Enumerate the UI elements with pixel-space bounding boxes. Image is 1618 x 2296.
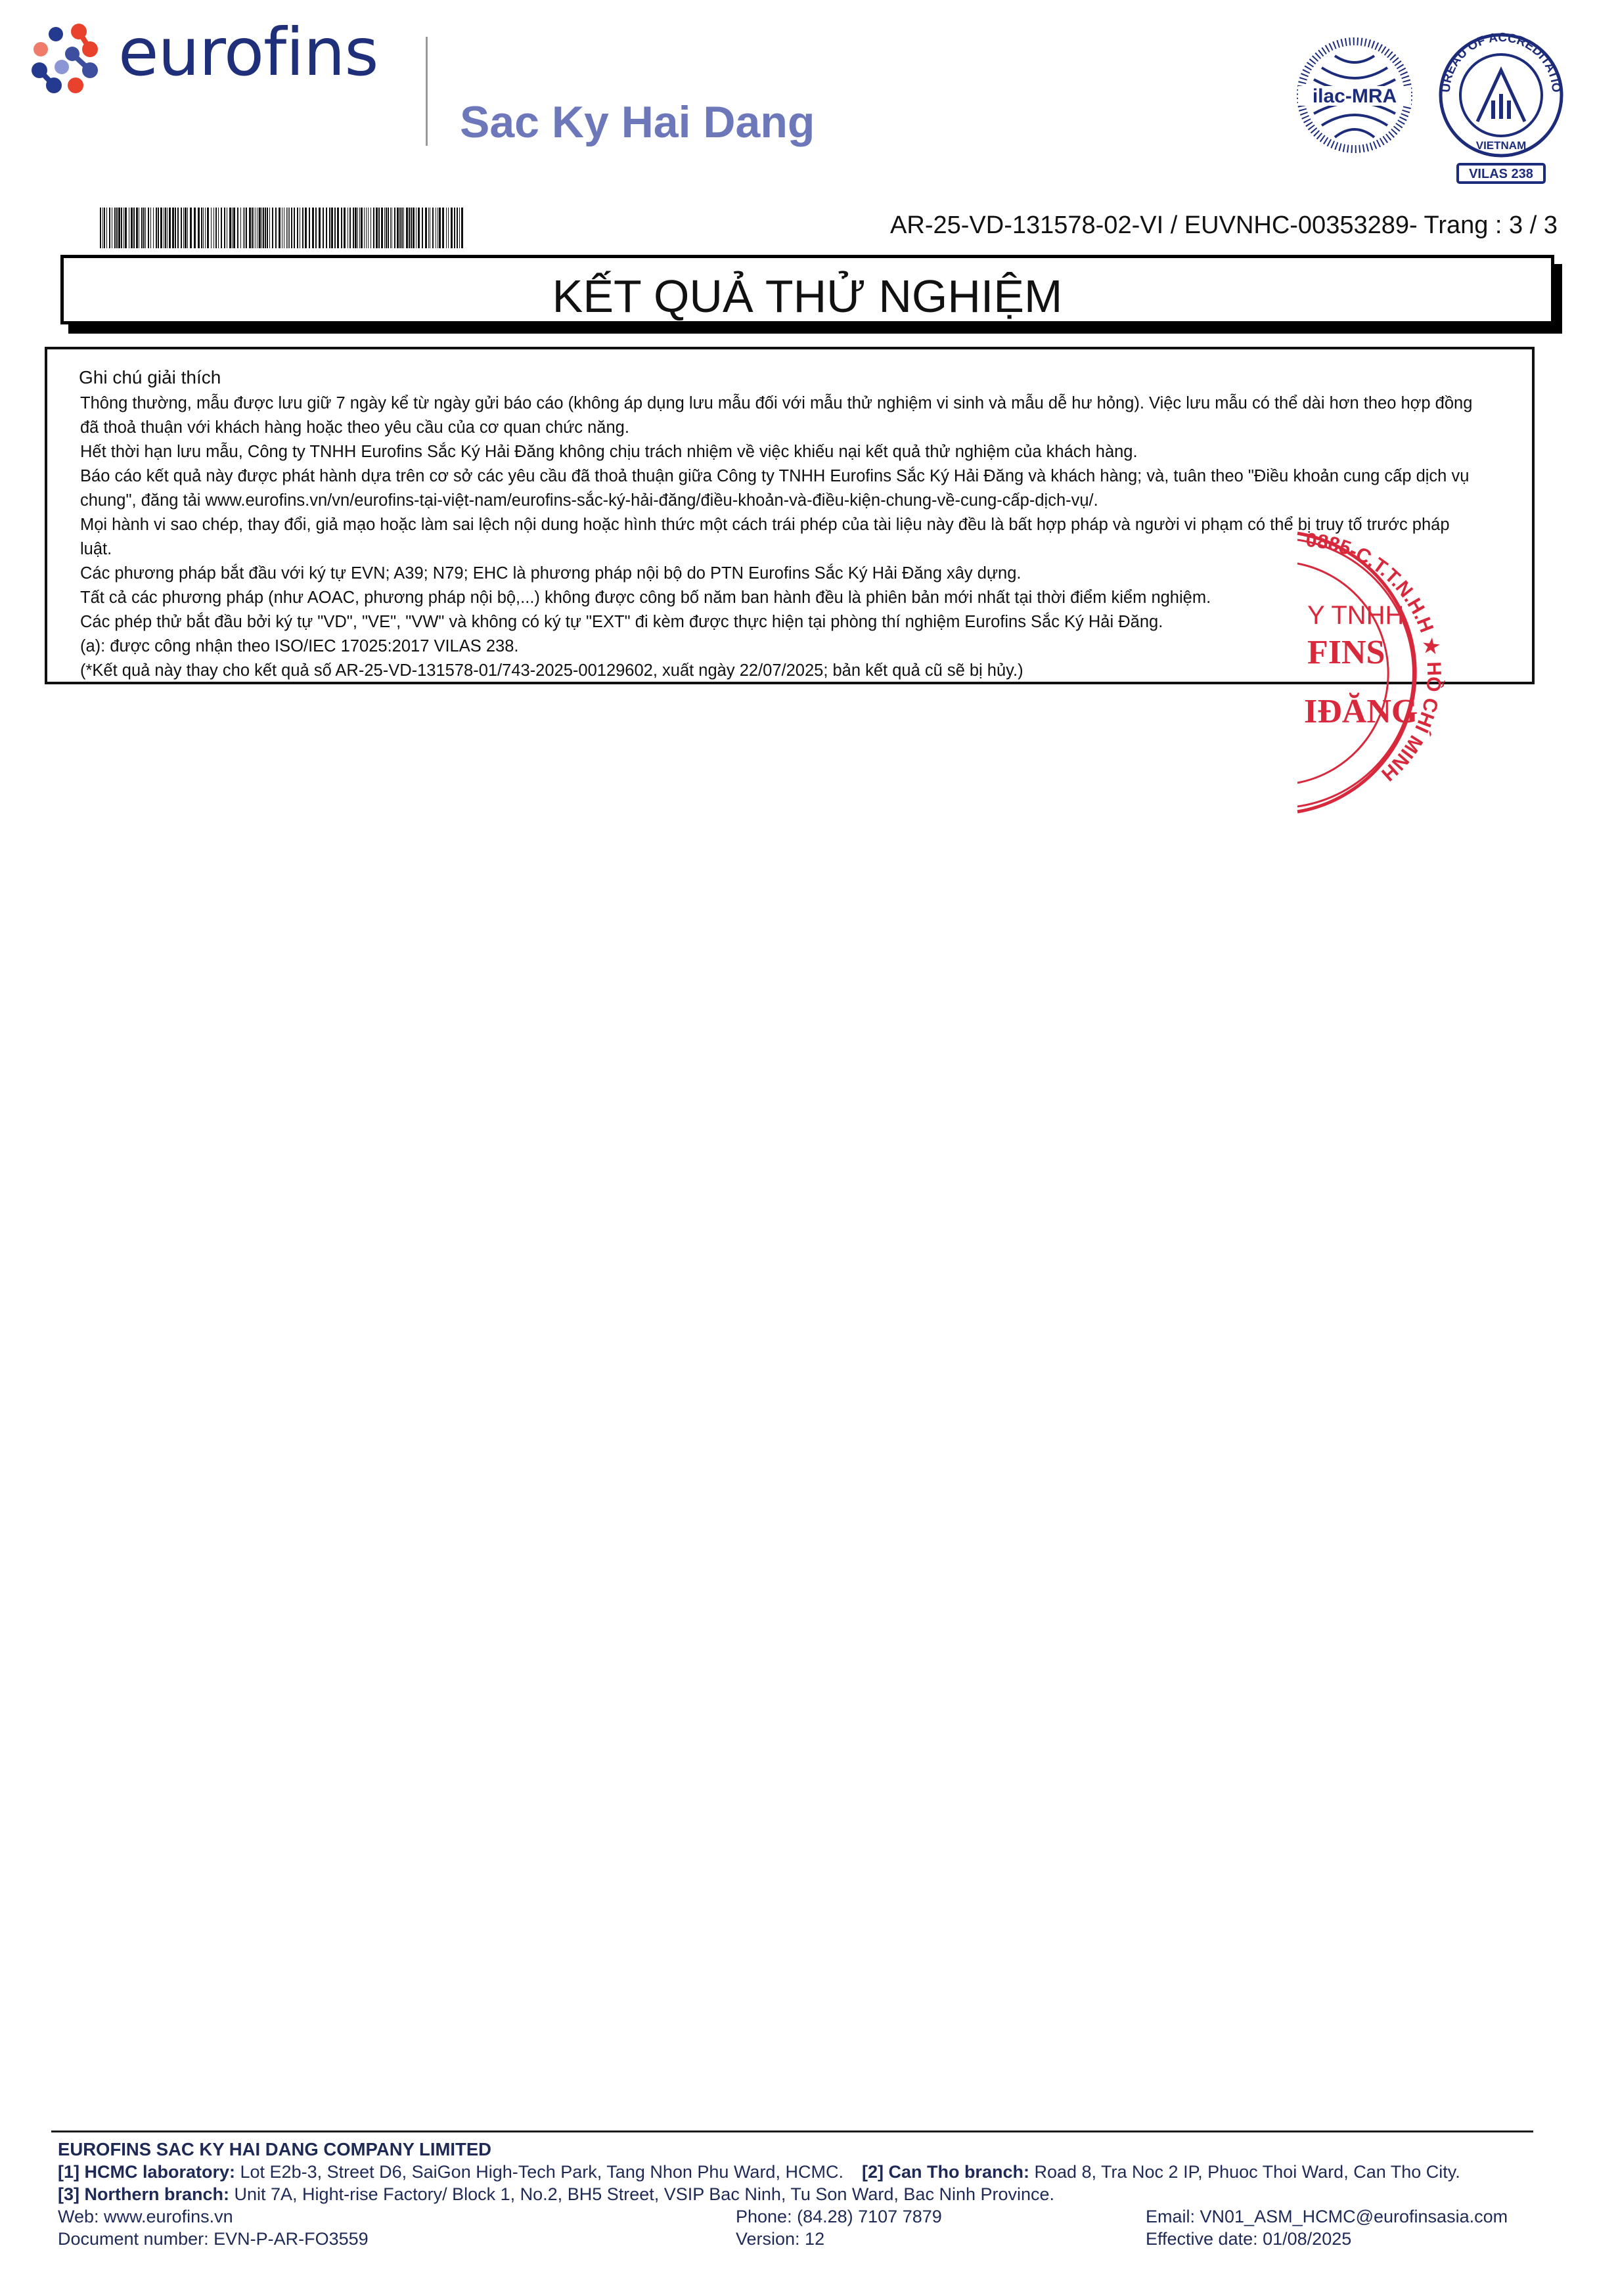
note-line: luật. xyxy=(80,537,1514,562)
footer-document-number: Document number: EVN-P-AR-FO3559 xyxy=(58,2229,369,2249)
report-reference: AR-25-VD-131578-02-VI / EUVNHC-00353289-… xyxy=(890,211,1558,240)
note-line: (a): được công nhận theo ISO/IEC 17025:2… xyxy=(80,634,1514,659)
note-line: đã thoả thuận với khách hàng hoặc theo y… xyxy=(80,416,1514,440)
notes-box: Ghi chú giải thích Thông thường, mẫu đượ… xyxy=(45,347,1535,684)
lab2-address: Road 8, Tra Noc 2 IP, Phuoc Thoi Ward, C… xyxy=(1029,2162,1460,2182)
page-title: KẾT QUẢ THỬ NGHIỆM xyxy=(64,270,1551,322)
subbrand-name: Sac Ky Hai Dang xyxy=(460,100,815,144)
footer-address-row-1: [1] HCMC laboratory: Lot E2b-3, Street D… xyxy=(58,2161,1562,2183)
notes-heading: Ghi chú giải thích xyxy=(79,366,1514,389)
lab2-label: [2] Can Tho branch: xyxy=(862,2162,1029,2182)
footer-version: Version: 12 xyxy=(736,2228,824,2250)
barcode-icon xyxy=(100,208,465,248)
footer-email: Email: VN01_ASM_HCMC@eurofinsasia.com xyxy=(1146,2205,1508,2228)
lab3-address: Unit 7A, Hight-rise Factory/ Block 1, No… xyxy=(229,2184,1054,2204)
footer-divider xyxy=(51,2130,1533,2132)
footer-web: Web: www.eurofins.vn xyxy=(58,2207,233,2226)
note-line: Báo cáo kết quả này được phát hành dựa t… xyxy=(80,464,1514,489)
lab1-address: Lot E2b-3, Street D6, SaiGon High-Tech P… xyxy=(235,2162,843,2182)
svg-text:VIETNAM: VIETNAM xyxy=(1476,139,1527,152)
header-divider xyxy=(426,37,428,146)
svg-text:ilac-MRA: ilac-MRA xyxy=(1313,85,1397,107)
note-line: Thông thường, mẫu được lưu giữ 7 ngày kể… xyxy=(80,391,1514,416)
svg-text:BUREAU OF ACCREDITATION: BUREAU OF ACCREDITATION xyxy=(1435,30,1563,93)
brand-name: eurofins xyxy=(118,20,378,85)
footer-company-name: EUROFINS SAC KY HAI DANG COMPANY LIMITED xyxy=(58,2138,1562,2161)
note-line: chung", đăng tải www.eurofins.vn/vn/euro… xyxy=(80,489,1514,513)
footer-doc-row: Document number: EVN-P-AR-FO3559 Version… xyxy=(58,2228,1562,2250)
footer-phone: Phone: (84.28) 7107 7879 xyxy=(736,2205,942,2228)
note-line: Mọi hành vi sao chép, thay đổi, giả mạo … xyxy=(80,513,1514,537)
lab1-label: [1] HCMC laboratory: xyxy=(58,2162,235,2182)
svg-text:IĐĂNG: IĐĂNG xyxy=(1304,692,1418,730)
note-line: Các phương pháp bắt đầu với ký tự EVN; A… xyxy=(80,562,1514,586)
note-line: Hết thời hạn lưu mẫu, Công ty TNHH Eurof… xyxy=(80,440,1514,464)
footer: EUROFINS SAC KY HAI DANG COMPANY LIMITED… xyxy=(58,2138,1562,2250)
footer-address-row-2: [3] Northern branch: Unit 7A, Hight-rise… xyxy=(58,2183,1562,2205)
footer-effective-date: Effective date: 01/08/2025 xyxy=(1146,2228,1351,2250)
boa-accreditation-logo-icon: BUREAU OF ACCREDITATION VIETNAM VILAS 23… xyxy=(1435,30,1567,187)
svg-text:VILAS 238: VILAS 238 xyxy=(1469,167,1533,181)
note-line: Các phép thử bắt đầu bởi ký tự "VD", "VE… xyxy=(80,610,1514,634)
note-line: (*Kết quả này thay cho kết quả số AR-25-… xyxy=(80,659,1514,683)
ilac-mra-logo-icon: ilac-MRA xyxy=(1295,36,1414,154)
note-line: Tất cả các phương pháp (như AOAC, phương… xyxy=(80,586,1514,610)
lab3-label: [3] Northern branch: xyxy=(58,2184,229,2204)
footer-contact-row: Web: www.eurofins.vn Phone: (84.28) 7107… xyxy=(58,2205,1562,2228)
title-box: KẾT QUẢ THỬ NGHIỆM xyxy=(60,255,1554,324)
eurofins-logo-icon xyxy=(26,20,112,105)
